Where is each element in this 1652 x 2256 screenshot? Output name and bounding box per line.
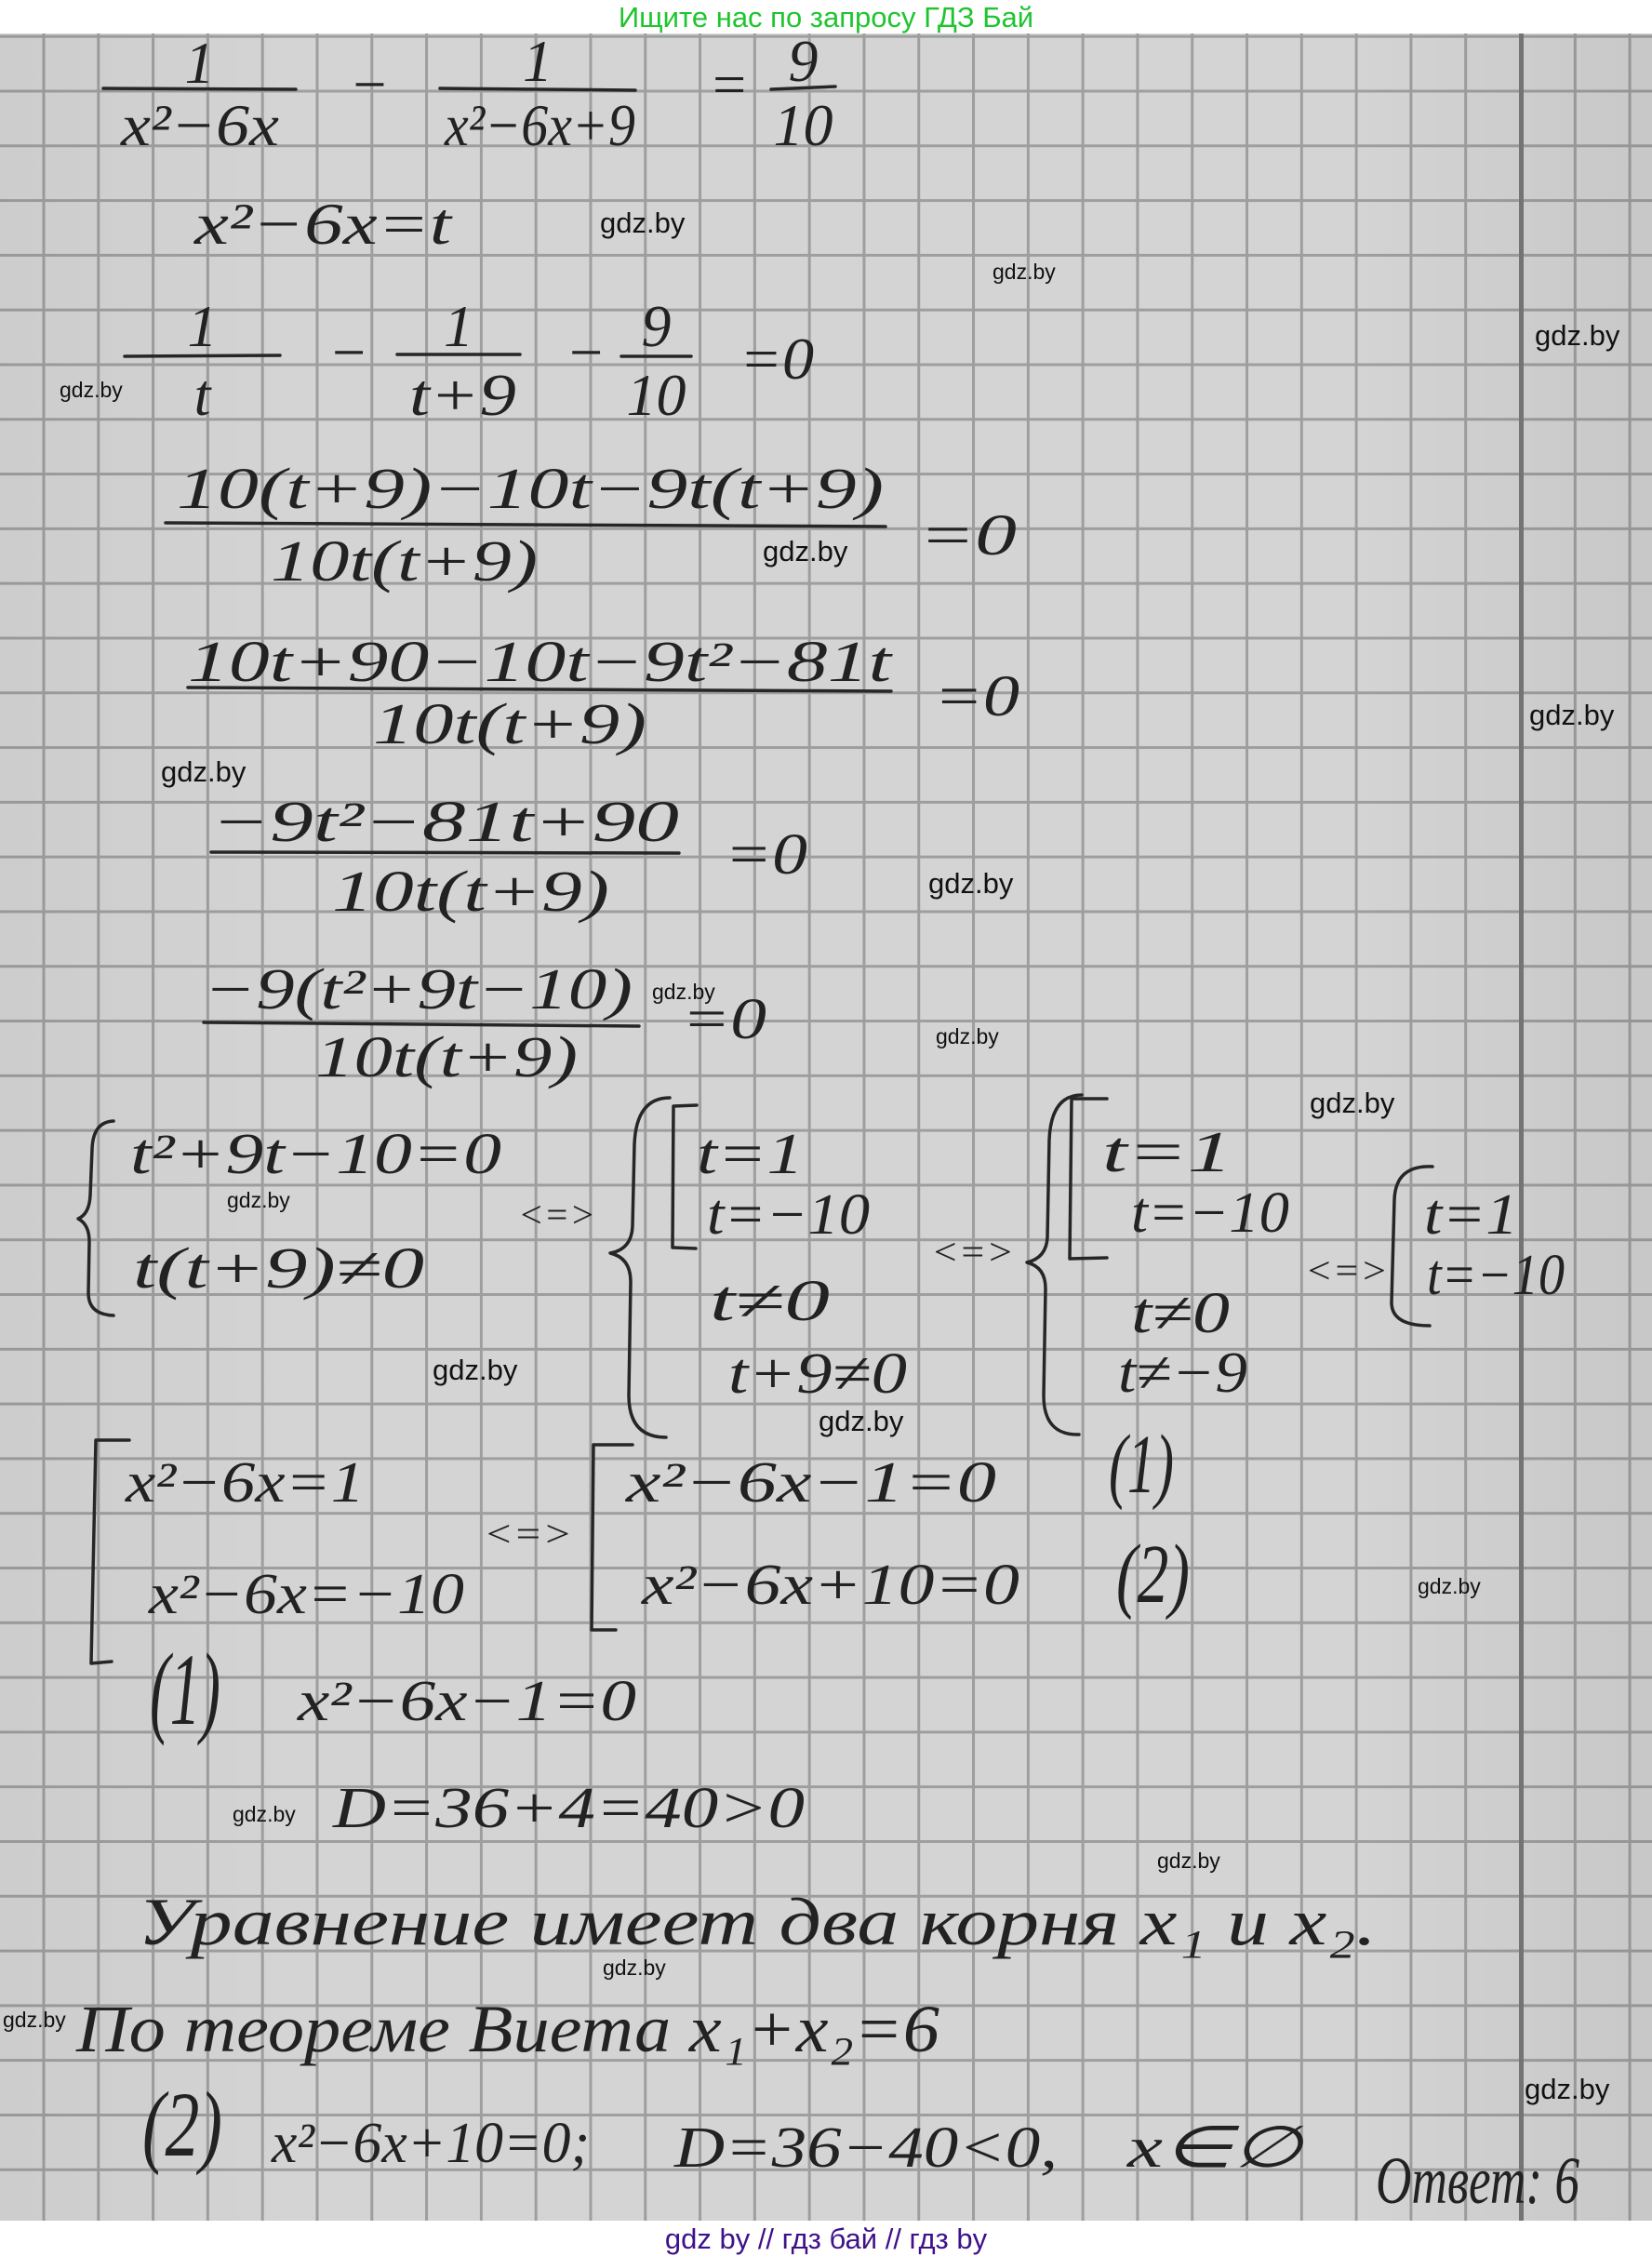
- quadratic-equation: x²−6x+10=0: [642, 1556, 1019, 1614]
- conclusion-text: Уравнение имеет два корня x₁ и x₂.: [138, 1889, 1377, 1956]
- root-option: t=−10: [1131, 1184, 1289, 1242]
- watermark: gdz.by: [603, 1957, 666, 1979]
- watermark: gdz.by: [600, 208, 685, 237]
- bottom-banner: gdz by // гдз бай // гдз by: [0, 2224, 1652, 2253]
- quadratic-equation: x²−6x−1=0: [626, 1454, 996, 1512]
- fraction-numerator: 1: [397, 297, 520, 356]
- watermark: gdz.by: [3, 2009, 66, 2031]
- watermark: gdz.by: [1529, 701, 1614, 729]
- empty-set-result: x∈∅: [1127, 2119, 1301, 2177]
- fraction-numerator: −9(t²+9t−10): [204, 961, 633, 1019]
- fraction-denominator: 10: [621, 366, 691, 425]
- watermark: gdz.by: [928, 869, 1013, 898]
- equals-zero: =0: [934, 668, 1019, 726]
- watermark: gdz.by: [993, 261, 1056, 283]
- fraction-denominator: x²−6x+9: [445, 96, 635, 155]
- watermark: gdz.by: [233, 1804, 296, 1825]
- minus-sign: −: [349, 55, 390, 114]
- fraction-denominator: 10t(t+9): [315, 1029, 578, 1087]
- fraction-denominator: t+9: [409, 366, 516, 425]
- watermark: gdz.by: [1535, 321, 1619, 350]
- equals-sign: =: [709, 55, 740, 114]
- watermark: gdz.by: [161, 757, 246, 786]
- equivalence-sign: <=>: [484, 1515, 572, 1553]
- fraction-numerator: 1: [125, 297, 280, 356]
- equivalence-sign: <=>: [1305, 1252, 1388, 1289]
- watermark: gdz.by: [1310, 1088, 1394, 1117]
- system-equation: t²+9t−10=0: [130, 1126, 501, 1183]
- substitution-line: x²−6x=t: [194, 194, 451, 254]
- fraction-numerator: 10(t+9)−10t−9t(t+9): [177, 461, 884, 518]
- watermark: gdz.by: [1157, 1850, 1220, 1872]
- vieta-text: По теореме Виета x₁+x₂=6: [76, 1996, 939, 2062]
- fraction-denominator: 10t(t+9): [373, 696, 646, 754]
- watermark: gdz.by: [227, 1190, 290, 1211]
- root-option: t=1: [1424, 1186, 1518, 1244]
- equals-zero: =0: [919, 507, 1017, 565]
- system-condition: t+9≠0: [728, 1345, 907, 1403]
- equivalence-sign: <=>: [518, 1196, 595, 1234]
- watermark: gdz.by: [652, 981, 715, 1003]
- watermark: gdz.by: [819, 1407, 903, 1435]
- watermark: gdz.by: [1418, 1576, 1481, 1597]
- fraction-numerator: 1: [103, 33, 296, 93]
- minus-sign: −: [566, 323, 606, 382]
- equation-label: (2): [1116, 1533, 1190, 1617]
- fraction-numerator: 1: [440, 32, 635, 91]
- case-label: (2): [142, 2078, 222, 2171]
- system-condition: t≠−9: [1118, 1344, 1247, 1402]
- discriminant: D=36+4=40>0: [333, 1780, 805, 1837]
- back-substitution-equation: x²−6x=−10: [149, 1566, 464, 1623]
- watermark: gdz.by: [763, 537, 847, 566]
- equivalence-sign: <=>: [931, 1234, 1014, 1271]
- minus-sign: −: [328, 323, 366, 382]
- equals-zero: =0: [725, 826, 807, 884]
- fraction-denominator: 10t(t+9): [332, 863, 609, 921]
- back-substitution-equation: x²−6x=1: [126, 1454, 365, 1512]
- top-banner: Ищите нас по запросу ГДЗ Бай: [0, 3, 1652, 32]
- fraction-numerator: −9t²−81t+90: [211, 794, 679, 851]
- fraction-denominator: x²−6x: [121, 96, 279, 155]
- watermark: gdz.by: [1525, 2075, 1609, 2103]
- case-equation: x²−6x−1=0: [298, 1673, 636, 1730]
- watermark: gdz.by: [433, 1355, 517, 1384]
- fraction-numerator: 9: [771, 32, 835, 91]
- fraction-denominator: 10: [771, 96, 835, 155]
- fraction-numerator: 9: [621, 297, 691, 356]
- root-option: t=−10: [707, 1186, 870, 1244]
- answer: Ответ: 6: [1376, 2147, 1579, 2214]
- system-condition: t(t+9)≠0: [133, 1240, 424, 1298]
- system-condition: t≠0: [710, 1273, 830, 1330]
- page-margin-line: [1519, 33, 1524, 2221]
- equals-zero: =0: [739, 329, 814, 389]
- case-label: (1): [150, 1638, 220, 1741]
- discriminant: D=36−40<0,: [674, 2119, 1058, 2177]
- root-option: t=1: [697, 1126, 804, 1183]
- equation-label: (1): [1109, 1423, 1174, 1507]
- watermark: gdz.by: [936, 1026, 999, 1048]
- root-option: t=1: [1102, 1124, 1232, 1181]
- fraction-numerator: 10t+90−10t−9t²−81t: [188, 634, 891, 691]
- system-condition: t≠0: [1131, 1285, 1230, 1342]
- root-option: t=−10: [1427, 1247, 1565, 1304]
- fraction-denominator: 10t(t+9): [271, 533, 538, 591]
- watermark: gdz.by: [60, 380, 123, 401]
- case-equation: x²−6x+10=0;: [272, 2115, 590, 2172]
- fraction-denominator: t: [125, 366, 280, 425]
